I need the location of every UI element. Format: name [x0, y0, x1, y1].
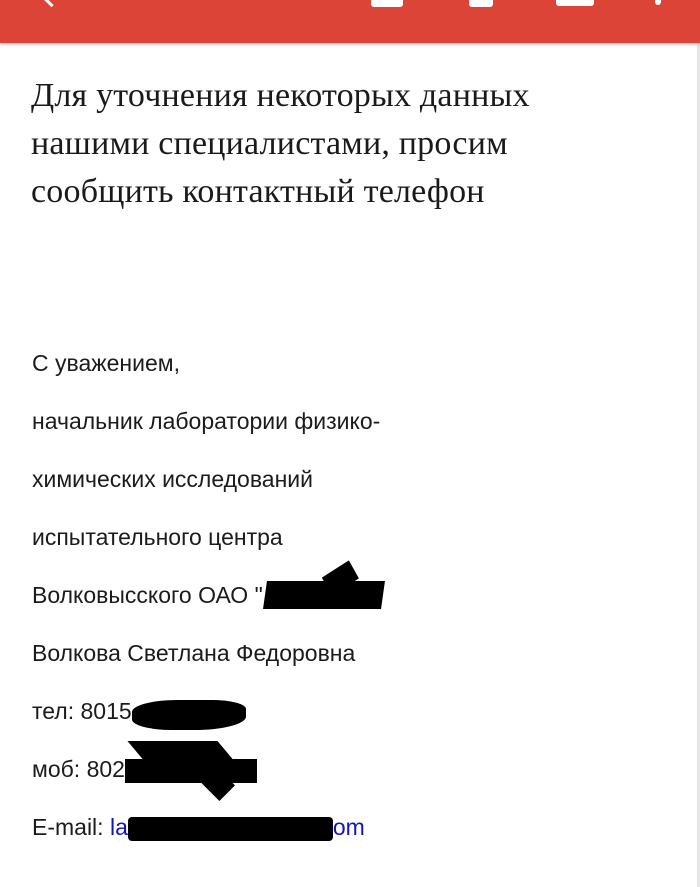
- email-link-start[interactable]: la: [110, 814, 128, 840]
- signature-block: С уважением, начальник лаборатории физик…: [32, 345, 383, 867]
- mobile-number[interactable]: 802: [87, 756, 125, 782]
- delete-icon[interactable]: [469, 0, 493, 7]
- phone-label: тел:: [32, 698, 81, 724]
- sender-name: Волкова Светлана Федоровна: [32, 635, 383, 693]
- organization-line: Волковысского ОАО ": [32, 577, 383, 635]
- mobile-label: моб:: [32, 756, 87, 782]
- email-link-end[interactable]: om: [333, 814, 365, 840]
- job-title-line: начальник лаборатории физико-: [32, 403, 383, 461]
- heading-line: нашими специалистами, просим: [31, 120, 651, 168]
- redaction-mark: [125, 759, 257, 783]
- job-title-line: испытательного центра: [32, 519, 383, 577]
- redaction-mark: [132, 700, 246, 730]
- more-vert-icon[interactable]: [655, 0, 661, 5]
- app-bar: [0, 0, 700, 43]
- mark-unread-icon[interactable]: [556, 0, 594, 6]
- archive-icon[interactable]: [371, 0, 403, 7]
- greeting: С уважением,: [32, 345, 383, 403]
- phone-number[interactable]: 8015: [81, 698, 132, 724]
- redaction-mark: [128, 817, 333, 841]
- job-title-line: химических исследований: [32, 461, 383, 519]
- email-line: E-mail: laom: [32, 809, 383, 867]
- email-link[interactable]: laom: [110, 814, 365, 840]
- mobile-line: моб: 802: [32, 751, 383, 809]
- organization-prefix: Волковысского ОАО ": [32, 582, 263, 608]
- back-arrow-icon[interactable]: [44, 0, 56, 5]
- redaction-mark: [263, 581, 385, 609]
- heading-line: Для уточнения некоторых данных: [31, 72, 651, 120]
- heading-line: сообщить контактный телефон: [31, 168, 651, 216]
- email-label: E-mail:: [32, 814, 110, 840]
- message-heading: Для уточнения некоторых данных нашими сп…: [31, 72, 651, 216]
